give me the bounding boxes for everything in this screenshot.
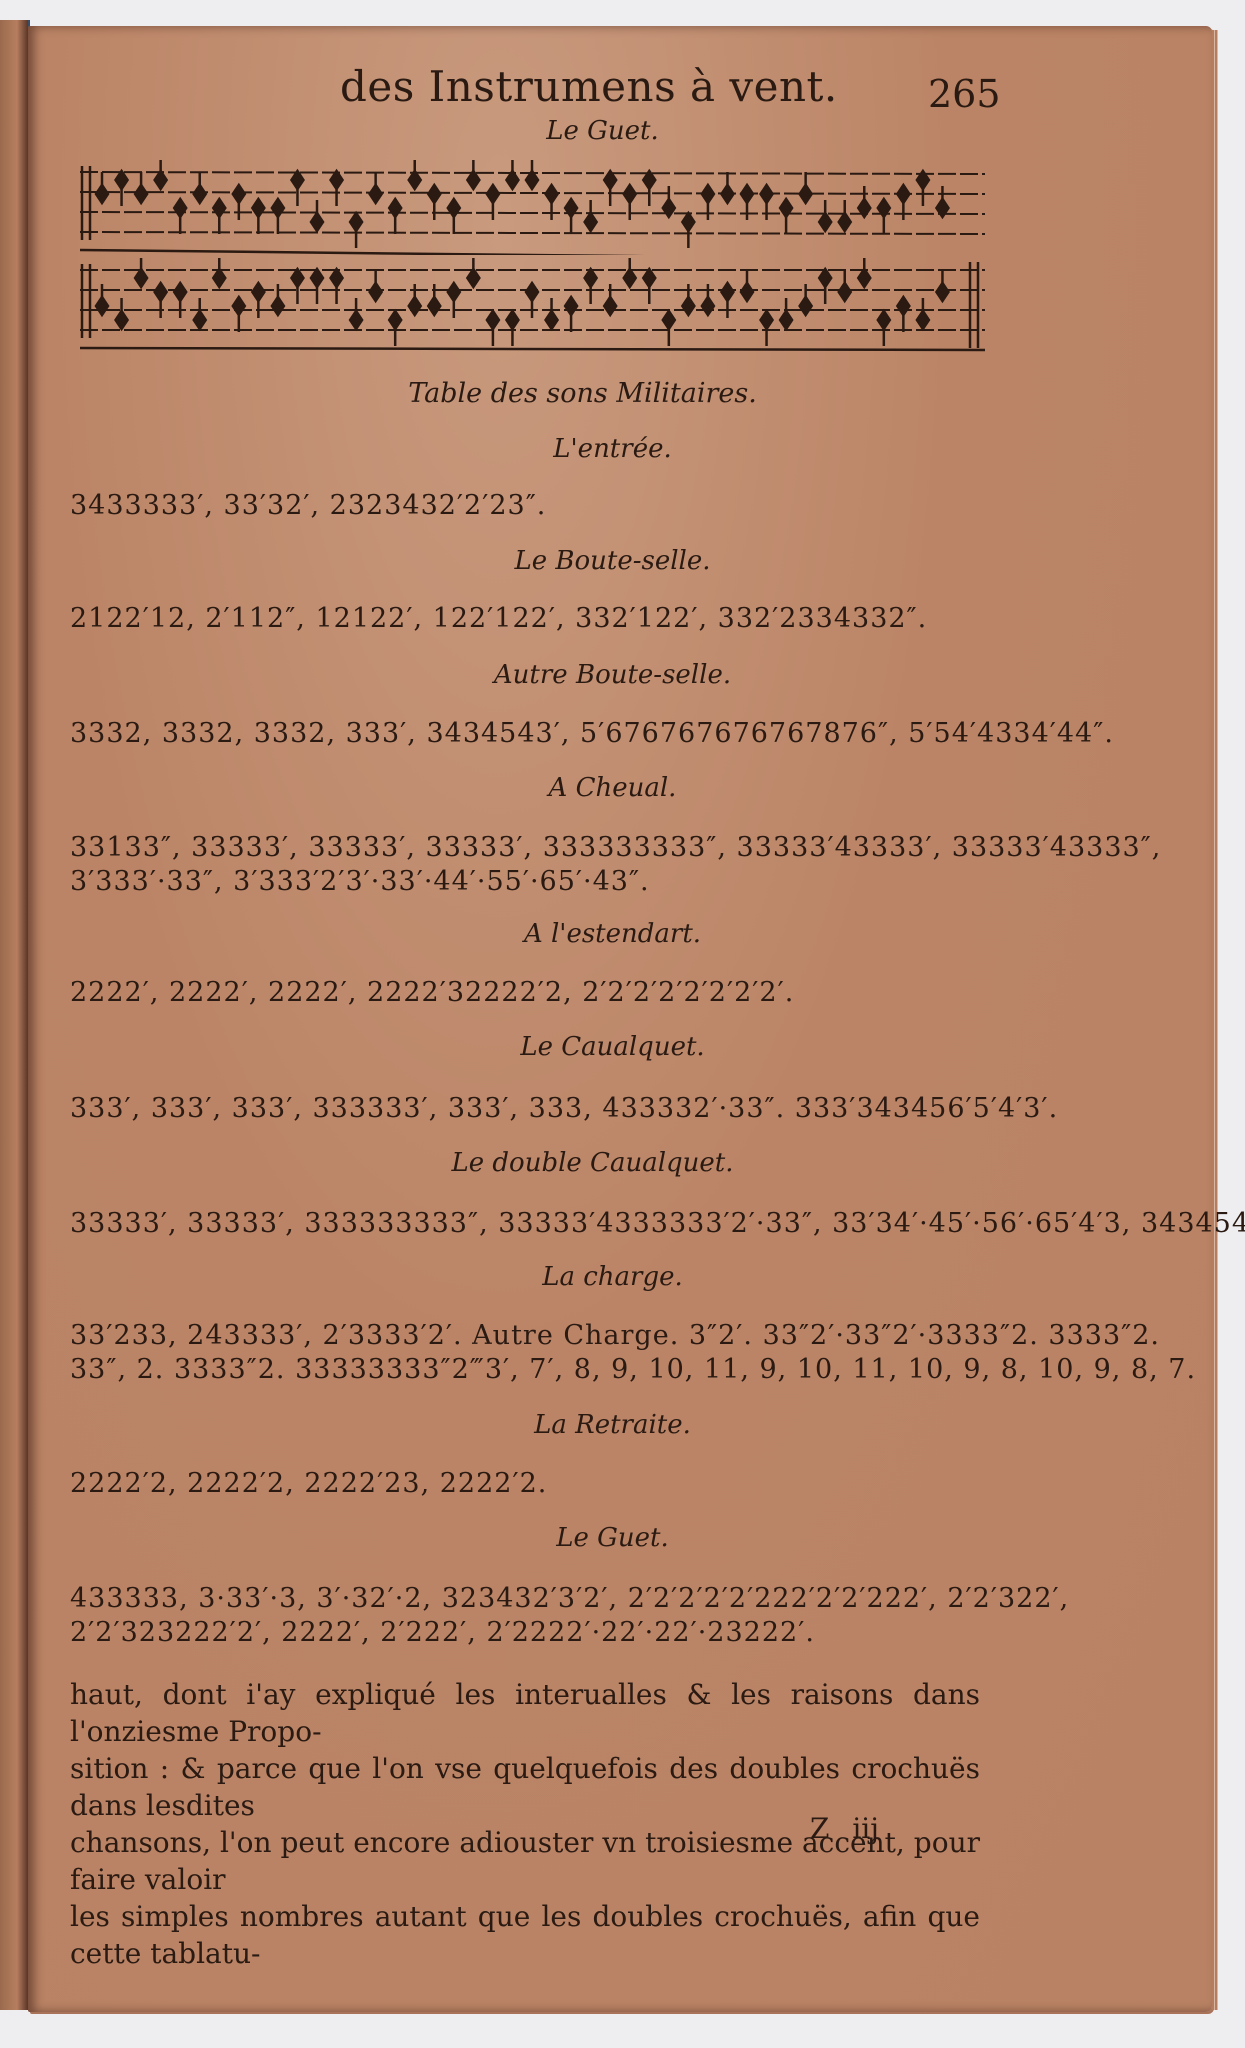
staff-notes-svg	[80, 160, 985, 255]
running-head: des Instrumens à vent.	[340, 62, 838, 111]
notation-title: Le Guet.	[0, 116, 1225, 146]
entry-numbers: 2′2′323222′2′, 2222′, 2′222′, 2′2222′·22…	[70, 1617, 815, 1648]
entry-title: La Retraite.	[0, 1410, 1235, 1440]
table-title: Table des sons Militaires.	[0, 378, 1205, 409]
music-staff-1	[80, 160, 985, 255]
staff-notes-svg	[80, 258, 985, 353]
entry-title: A Cheual.	[0, 773, 1235, 803]
entry-title: A l'estendart.	[0, 919, 1235, 949]
entry-numbers: 2222′2, 2222′2, 2222′23, 2222′2.	[70, 1468, 547, 1499]
entry-title: Le double Caualquet.	[0, 1148, 1215, 1178]
entry-title: Le Guet.	[0, 1523, 1235, 1553]
entry-numbers: 3′333′·33″, 3′333′2′3′·33′·44′·55′·65′·4…	[70, 866, 650, 897]
entry-numbers: 433333, 3·33′·3, 3′·32′·2, 323432′3′2′, …	[70, 1583, 1069, 1614]
prose-line: les simples nombres autant que les doubl…	[70, 1898, 980, 1972]
page-number: 265	[928, 72, 1001, 116]
music-staff-2	[80, 258, 985, 353]
entry-numbers: 33′233, 243333′, 2′3333′2′. Autre Charge…	[70, 1320, 1160, 1351]
entry-title: La charge.	[0, 1262, 1235, 1292]
page-block-edges	[1212, 30, 1218, 2010]
facing-page-edge	[0, 20, 28, 2010]
entry-numbers: 2122′12, 2′112″, 12122′, 122′122′, 332′1…	[70, 603, 927, 634]
entry-title: Le Boute-selle.	[0, 546, 1235, 576]
entry-numbers: 33333′, 33333′, 333333333″, 33333′433333…	[70, 1208, 1245, 1239]
entry-numbers: 33″, 2. 3333″2. 33333333″2‴3′, 7′, 8, 9,…	[70, 1354, 1196, 1385]
entry-title: Autre Boute-selle.	[0, 660, 1235, 690]
entry-title: Le Caualquet.	[0, 1032, 1235, 1062]
entry-numbers: 2222′, 2222′, 2222′, 2222′32222′2, 2′2′2…	[70, 977, 794, 1008]
entry-numbers: 333′, 333′, 333′, 333333′, 333′, 333, 43…	[70, 1093, 1058, 1124]
signature-mark: Z iij	[810, 1812, 879, 1845]
entry-numbers: 3433333′, 33′32′, 2323432′2′23″.	[70, 490, 546, 521]
entry-title: L'entrée.	[0, 434, 1235, 464]
entry-numbers: 3332, 3332, 3332, 333′, 3434543′, 5′6767…	[70, 718, 1114, 749]
prose-line: haut, dont i'ay expliqué les interualles…	[70, 1676, 980, 1750]
entry-numbers: 33133″, 33333′, 33333′, 33333′, 33333333…	[70, 832, 1161, 863]
